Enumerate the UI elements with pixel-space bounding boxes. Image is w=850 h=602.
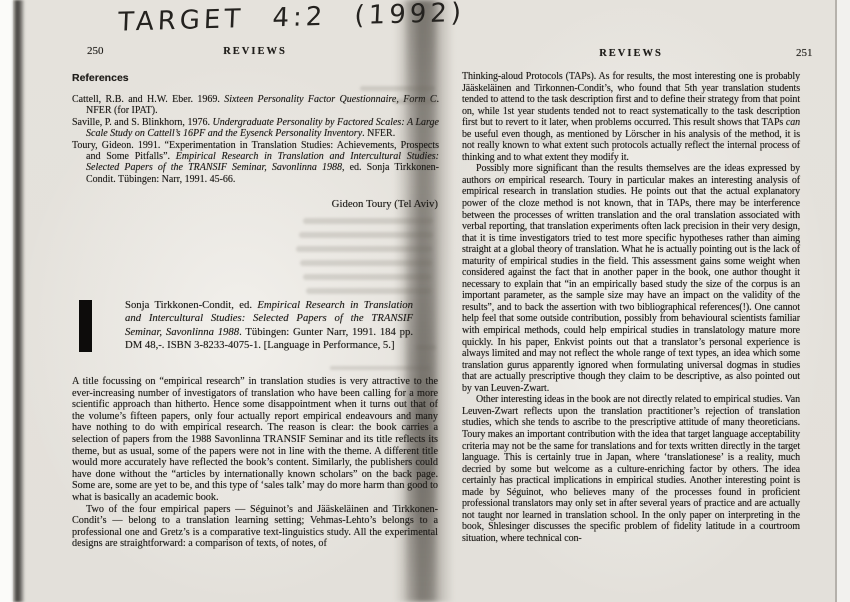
bleed-through-smudge [393, 99, 437, 104]
citation-marker-bar [79, 300, 92, 352]
page-number-right: 251 [796, 47, 813, 59]
review-citation-block: Sonja Tirkkonen-Condit, ed. Empirical Re… [125, 299, 413, 352]
handwritten-annotation: TARGET 4:2 (1992) [117, 0, 378, 37]
bleed-through-smudge [360, 86, 435, 91]
page-left-edge-shadow [12, 0, 25, 602]
bleed-through-smudge [303, 274, 431, 280]
body-paragraph: Thinking-aloud Protocols (TAPs). As for … [462, 71, 800, 163]
bleed-through-smudge [300, 260, 432, 266]
body-paragraph: A title focussing on “empirical research… [72, 376, 438, 504]
bleed-through-smudge [303, 218, 433, 224]
scan-right-margin [837, 0, 850, 602]
body-paragraph: Other interesting ideas in the book are … [462, 394, 800, 544]
author-attribution: Gideon Toury (Tel Aviv) [72, 198, 438, 210]
body-paragraph: Two of the four empirical papers — Ségui… [72, 504, 438, 550]
reference-entry: Cattell, R.B. and H.W. Eber. 1969. Sixte… [72, 94, 439, 117]
bleed-through-smudge [299, 232, 433, 238]
bleed-through-smudge [296, 246, 432, 252]
running-head-right: REVIEWS [462, 48, 800, 59]
bleed-through-smudge [306, 288, 431, 294]
reference-entry: Toury, Gideon. 1991. “Experimentation in… [72, 140, 439, 186]
bleed-through-smudge [330, 366, 430, 370]
bleed-through-smudge [470, 139, 760, 143]
left-page-body: A title focussing on “empirical research… [72, 376, 438, 550]
bleed-through-smudge [416, 345, 436, 350]
running-head-left: REVIEWS [72, 46, 438, 57]
scanned-book-spread: TARGET 4:2 (1992) 250 REVIEWS REVIEWS 25… [0, 0, 850, 602]
reference-entry: Saville, P. and S. Blinkhorn, 1976. Unde… [72, 117, 439, 140]
body-paragraph: Possibly more significant than the resul… [462, 163, 800, 394]
references-list: Cattell, R.B. and H.W. Eber. 1969. Sixte… [72, 94, 439, 185]
references-heading: References [72, 72, 129, 84]
